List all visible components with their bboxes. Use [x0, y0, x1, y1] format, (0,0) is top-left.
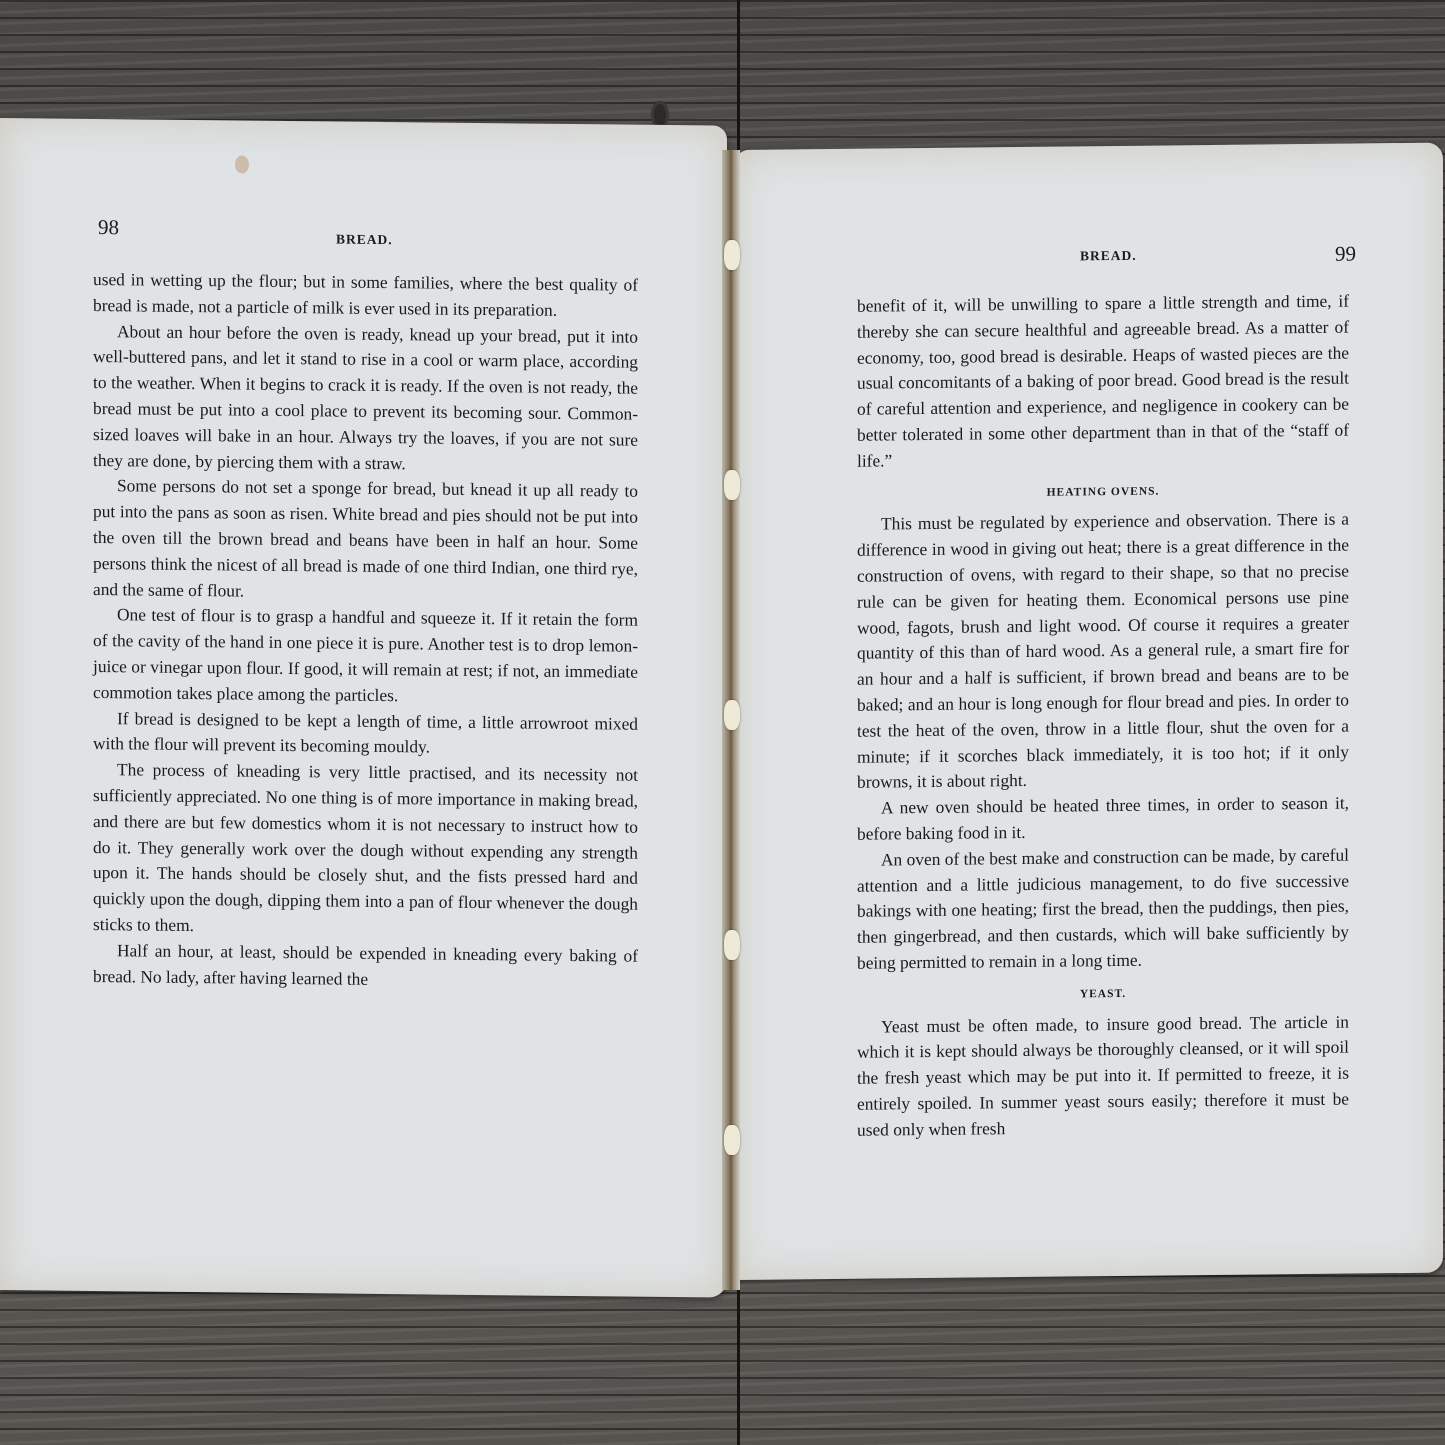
paragraph: Some persons do not set a sponge for bre… — [93, 473, 638, 608]
paragraph: One test of flour is to grasp a handful … — [93, 602, 638, 711]
section-heading-yeast: YEAST. — [857, 979, 1349, 1010]
binding-stitch — [724, 700, 740, 730]
paragraph: An oven of the best make and constructio… — [857, 842, 1349, 976]
paper-stain — [235, 155, 249, 173]
paragraph: About an hour before the oven is ready, … — [93, 319, 638, 479]
page-number-left: 98 — [98, 215, 119, 240]
paragraph: Half an hour, at least, should be expend… — [93, 938, 638, 995]
binding-stitch — [724, 240, 740, 270]
paragraph: If bread is designed to be kept a length… — [93, 706, 638, 763]
left-page: 98 BREAD. used in wetting up the flour; … — [0, 118, 727, 1298]
page-number-right: 99 — [1335, 241, 1356, 266]
binding-stitch — [724, 470, 740, 500]
paragraph: used in wetting up the flour; but in som… — [93, 267, 638, 324]
paragraph: The process of kneading is very little p… — [93, 757, 638, 943]
paragraph: A new oven should be heated three times,… — [857, 791, 1349, 848]
binding-stitch — [724, 930, 740, 960]
binding-stitch — [724, 1125, 740, 1155]
left-page-text: used in wetting up the flour; but in som… — [93, 267, 638, 995]
right-page: BREAD. 99 benefit of it, will be unwilli… — [735, 143, 1443, 1280]
section-heading-heating-ovens: HEATING OVENS. — [857, 477, 1349, 508]
paragraph: This must be regulated by experience and… — [857, 507, 1349, 796]
running-head-left: BREAD. — [336, 232, 393, 249]
paragraph: Yeast must be often made, to insure good… — [857, 1009, 1349, 1143]
running-head-right: BREAD. — [1080, 248, 1137, 265]
paragraph: benefit of it, will be unwilling to spar… — [857, 289, 1349, 475]
right-page-text: benefit of it, will be unwilling to spar… — [857, 289, 1349, 1144]
